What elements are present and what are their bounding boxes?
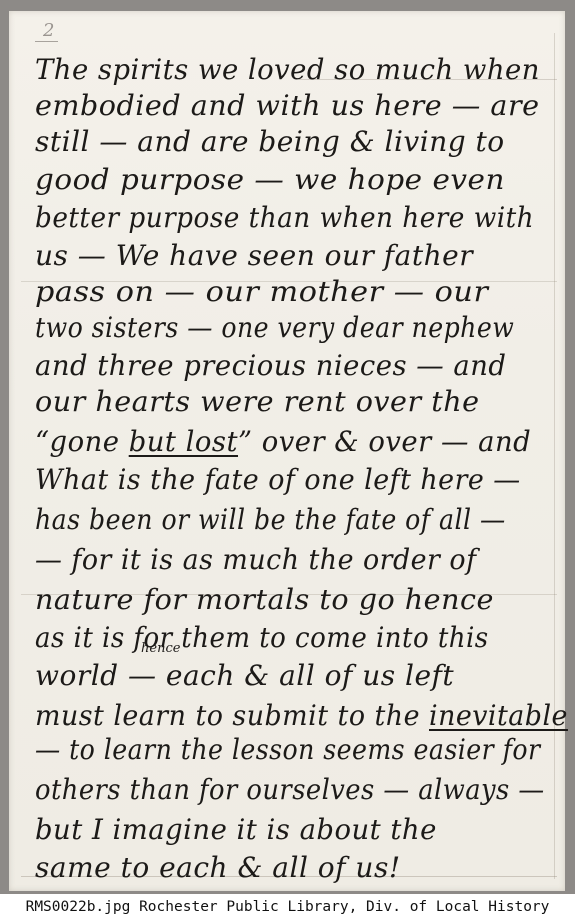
line-trail: —: [568, 699, 575, 732]
margin-rule: [554, 33, 555, 879]
handwritten-line: two sisters — one very dear nephew: [35, 311, 514, 344]
line-remainder: over & over — and: [262, 425, 531, 458]
interlinear-insertion: hence: [141, 641, 180, 656]
handwritten-line: world — each & all of us left: [35, 659, 454, 692]
handwritten-line: — to learn the lesson seems easier for: [35, 733, 540, 766]
scanner-backdrop: 2 The spirits we loved so much when embo…: [0, 0, 575, 894]
handwritten-line: has been or will be the fate of all —: [35, 503, 506, 536]
handwritten-line: The spirits we loved so much when: [35, 53, 540, 86]
line-start: must learn to submit to the: [35, 699, 420, 732]
handwritten-line: still — and are being & living to: [35, 125, 505, 158]
handwritten-line: better purpose than when here with: [35, 201, 534, 234]
quoted-text: “gone: [35, 425, 129, 458]
page-number: 2: [35, 21, 58, 42]
handwritten-line: us — We have seen our father: [35, 239, 473, 272]
handwritten-line: nature for mortals to go hence: [35, 583, 494, 616]
handwritten-line-inevitable: must learn to submit to the inevitable —: [35, 699, 575, 732]
handwritten-line: as it is for them to come into this: [35, 621, 489, 654]
handwritten-line: — for it is as much the order of: [35, 543, 477, 576]
image-caption: RMS0022b.jpg Rochester Public Library, D…: [0, 896, 575, 918]
underlined-phrase: but lost: [129, 425, 238, 458]
handwritten-line: good purpose — we hope even: [35, 163, 505, 196]
handwritten-line: embodied and with us here — are: [35, 89, 540, 122]
letter-page: 2 The spirits we loved so much when embo…: [9, 11, 565, 891]
quote-close: ”: [238, 425, 262, 458]
handwritten-line: same to each & all of us!: [35, 851, 401, 884]
handwritten-line-quote: “gone but lost” over & over — and: [35, 425, 531, 458]
handwritten-line: others than for ourselves — always —: [35, 773, 545, 806]
handwritten-line: pass on — our mother — our: [35, 275, 488, 308]
underlined-word: inevitable: [429, 699, 568, 732]
handwritten-line: but I imagine it is about the: [35, 813, 437, 846]
handwritten-line: and three precious nieces — and: [35, 349, 506, 382]
handwritten-line: our hearts were rent over the: [35, 385, 480, 418]
handwritten-line: What is the fate of one left here —: [35, 463, 521, 496]
